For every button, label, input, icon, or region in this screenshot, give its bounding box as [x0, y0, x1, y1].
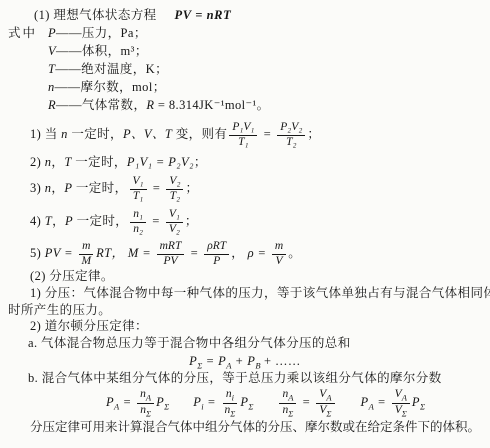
subscript: Σ — [164, 401, 169, 411]
punctuation: ； — [194, 155, 207, 169]
text-segment: ， — [51, 155, 64, 169]
ideal-gas-equation: PV = nRT — [175, 8, 232, 22]
punctuation: ； — [307, 127, 320, 141]
dalton-law-item-a: a. 气体混合物总压力等于混合物中各组分气体分压的总和 — [8, 335, 482, 352]
text-segment: 5) — [30, 246, 45, 260]
variable-desc: ——体积，m³； — [56, 44, 148, 58]
fraction: nAnΣ — [137, 388, 154, 418]
fraction: P₁V₁T₁ — [229, 121, 257, 150]
gas-law-case-5: 5) PV = mMRT， M = mRTPV = ρRTP， ρ = mV。 — [8, 238, 482, 268]
text-segment: 4) — [30, 214, 45, 228]
denominator: nΣ — [137, 404, 154, 418]
denominator: nΣ — [280, 404, 297, 418]
text-segment: 一定时， — [68, 127, 123, 141]
fraction: V₁V₂ — [166, 208, 183, 237]
punctuation: ； — [185, 181, 198, 195]
denominator: nΣ — [222, 404, 239, 418]
numerator: P₂V₂ — [277, 121, 305, 136]
partial-pressure-definition-line1: 1) 分压：气体混合物中每一种气体的压力，等于该气体单独占有与混合气体相同体积 — [8, 285, 482, 302]
subscript: A — [402, 392, 407, 402]
equals-sign: = — [259, 127, 275, 141]
formula-mole-volume-ratio: nAnΣ = VAVΣ — [277, 388, 336, 418]
gas-constant-value: = 8.314JK⁻¹mol⁻¹。 — [154, 98, 269, 112]
equals-sign: = — [148, 214, 164, 228]
numerator: P₁V₁ — [229, 121, 257, 136]
variable-symbol: n — [48, 80, 55, 94]
gas-law-case-2: 2) n，T 一定时，P₁V₁ = P₂V₂； — [8, 152, 482, 172]
formula-volume-fraction: PA = VAVΣPΣ — [361, 388, 425, 418]
denominator: T₁ — [235, 136, 251, 150]
denominator: VΣ — [316, 404, 334, 418]
boyle-law-formula: P₁V₁ = P₂V₂ — [127, 155, 194, 169]
dalton-law-item-b: b. 混合气体中某组分气体的分压，等于总压力乘以该组分气体的摩尔分数 — [8, 370, 482, 387]
dalton-law-heading: 2) 道尔顿分压定律： — [8, 318, 482, 335]
equals-sign: = — [149, 181, 165, 195]
fraction: mV — [272, 240, 286, 269]
textbook-page: (1) 理想气体状态方程PV = nRT 式中P——压力，Pa； V——体积，m… — [0, 0, 490, 448]
numerator: VA — [392, 388, 410, 403]
numerator: nA — [137, 388, 154, 403]
fraction: VAVΣ — [392, 388, 410, 418]
total-pressure-equation: PΣ = PA + PB + …… — [8, 352, 482, 370]
formula-segment: M = — [124, 246, 154, 260]
fraction: V₂T₂ — [166, 175, 183, 204]
numerator: n₁ — [130, 208, 146, 223]
denominator: P — [210, 255, 223, 269]
plus-sign: + — [231, 354, 247, 368]
variable: P — [106, 395, 114, 409]
fraction: mM — [78, 240, 94, 269]
text-segment: 一定时， — [72, 155, 127, 169]
variable-definition-V: V——体积，m³； — [8, 42, 482, 60]
variable: V — [395, 404, 402, 416]
equals-sign: = — [298, 395, 314, 409]
variable: P — [189, 354, 197, 368]
ideal-gas-law-heading: (1) 理想气体状态方程PV = nRT — [8, 6, 482, 24]
numerator: mRT — [157, 240, 185, 255]
variable-desc: ——气体常数， — [56, 98, 146, 112]
denominator: V — [273, 255, 286, 269]
subscript: Σ — [420, 401, 425, 411]
subscript: A — [326, 392, 331, 402]
text-segment: 一定时， — [72, 181, 127, 195]
subscript: Σ — [402, 408, 407, 418]
numerator: ni — [223, 388, 237, 403]
denominator: T₂ — [167, 190, 183, 204]
fraction: ρRTP — [204, 240, 229, 269]
numerator: ρRT — [204, 240, 229, 255]
fraction: ninΣ — [222, 388, 239, 418]
numerator: m — [79, 240, 93, 255]
numerator: VA — [316, 388, 334, 403]
variable: P — [156, 395, 164, 409]
subscript: Σ — [248, 401, 253, 411]
formula-segment: RT， — [96, 246, 124, 260]
partial-pressure-definition-line2: 时所产生的压力。 — [8, 302, 482, 318]
equals-sign: = — [186, 246, 202, 260]
subscript: Σ — [326, 408, 331, 418]
variable-symbol: P — [48, 26, 56, 40]
text-segment: 一定时， — [73, 214, 128, 228]
variable-symbol: R — [48, 98, 56, 112]
fraction: VAVΣ — [316, 388, 334, 418]
variable: T — [45, 214, 52, 228]
fraction: nAnΣ — [279, 388, 296, 418]
formula-partial-pressure-A: PA = nAnΣPΣ — [106, 388, 169, 418]
variable: P — [412, 395, 420, 409]
heading-number: (1) — [34, 8, 53, 22]
text-segment: 1) 当 — [30, 127, 61, 141]
denominator: V₂ — [166, 223, 183, 237]
subscript: i — [232, 392, 234, 402]
variable: P — [65, 214, 73, 228]
variables: P、V、T — [123, 127, 172, 141]
variable: n — [61, 127, 68, 141]
variable-definition-R: R——气体常数，R = 8.314JK⁻¹mol⁻¹。 — [8, 96, 482, 114]
fraction: mRTPV — [157, 240, 185, 269]
variable: V — [395, 388, 402, 400]
variable-definition-T: T——绝对温度，K； — [8, 60, 482, 78]
variable-desc: ——摩尔数，mol； — [55, 80, 166, 94]
text-segment: 变，则有 — [172, 127, 227, 141]
formula-segment: ρ = — [244, 246, 270, 260]
variable: T — [64, 155, 71, 169]
text-segment: 3) — [30, 181, 45, 195]
fraction: V₁T₁ — [130, 175, 147, 204]
gas-law-case-4: 4) T，P 一定时，n₁n₂ = V₁V₂； — [8, 205, 482, 238]
fraction: n₁n₂ — [130, 208, 146, 237]
variable-definition-n: n——摩尔数，mol； — [8, 78, 482, 96]
numerator: V₁ — [166, 208, 183, 223]
subscript: Σ — [288, 408, 293, 418]
numerator: m — [272, 240, 286, 255]
variable-desc: ——压力，Pa； — [56, 26, 147, 40]
where-label: 式中 — [8, 24, 48, 42]
fraction: P₂V₂T₂ — [277, 121, 305, 150]
formula-segment: PV = — [45, 246, 77, 260]
formula-partial-pressure-i: Pi = ninΣPΣ — [193, 388, 253, 418]
denominator: T₁ — [130, 190, 146, 204]
subscript: A — [146, 392, 151, 402]
equals-sign: = — [119, 395, 135, 409]
variable-desc: ——绝对温度，K； — [55, 62, 168, 76]
closing-note: 分压定律可用来计算混合气体中组分气体的分压、摩尔数或在给定条件下的体积。 — [8, 419, 482, 436]
denominator: T₂ — [283, 136, 299, 150]
punctuation: ； — [185, 214, 198, 228]
partial-pressure-heading: (2) 分压定律。 — [8, 268, 482, 285]
text-segment: ， — [52, 214, 65, 228]
equals-sign: = — [202, 354, 218, 368]
denominator: PV — [160, 255, 180, 269]
variable-symbol: V — [48, 44, 56, 58]
punctuation: ， — [231, 246, 244, 260]
heading-title: 理想气体状态方程 — [53, 8, 156, 22]
subscript: Σ — [146, 408, 151, 418]
partial-pressure-formulas: PA = nAnΣPΣ Pi = ninΣPΣ nAnΣ = VAVΣ PA =… — [8, 387, 482, 419]
punctuation: 。 — [288, 246, 301, 260]
ellipsis: + …… — [261, 354, 301, 368]
denominator: M — [78, 255, 94, 269]
variable: P — [361, 395, 369, 409]
subscript: A — [288, 392, 293, 402]
denominator: VΣ — [392, 404, 410, 418]
variable-definition-P: 式中P——压力，Pa； — [8, 24, 482, 42]
subscript: Σ — [230, 408, 235, 418]
variable: P — [218, 354, 226, 368]
numerator: V₂ — [166, 175, 183, 190]
text-segment: 2) — [30, 155, 45, 169]
gas-law-case-3: 3) n，P 一定时，V₁T₁ = V₂T₂； — [8, 172, 482, 205]
numerator: V₁ — [130, 175, 147, 190]
gas-law-case-1: 1) 当 n 一定时，P、V、T 变，则有P₁V₁T₁ = P₂V₂T₂； — [8, 116, 482, 152]
equals-sign: = — [374, 395, 390, 409]
equals-sign: = — [204, 395, 220, 409]
text-segment: ， — [51, 181, 64, 195]
denominator: n₂ — [130, 223, 146, 237]
numerator: nA — [279, 388, 296, 403]
